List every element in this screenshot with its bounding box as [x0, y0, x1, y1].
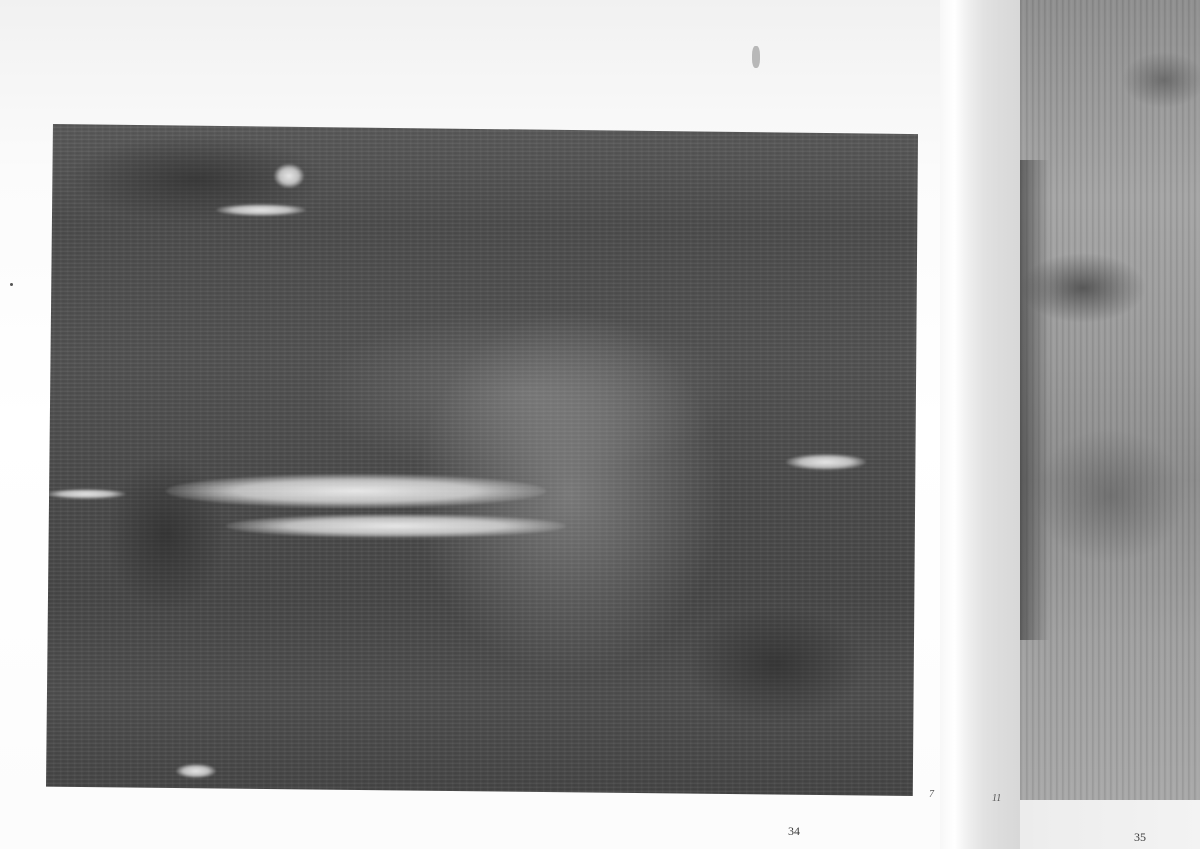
white-streak	[176, 764, 216, 778]
plate-number-right: 11	[992, 793, 1001, 804]
white-streak	[274, 164, 304, 188]
paper-smudge	[752, 46, 760, 68]
dark-edge	[1020, 160, 1050, 640]
paper-speck	[10, 283, 13, 286]
white-streak	[216, 204, 306, 216]
white-streak	[166, 474, 546, 508]
book-gutter	[940, 0, 1020, 849]
right-painting-plate	[1020, 0, 1200, 800]
white-streak	[226, 514, 566, 538]
white-streak	[786, 454, 866, 470]
plate-number-left: 7	[929, 789, 934, 800]
dark-patch	[106, 454, 226, 614]
book-spread: 7 11 34 35	[0, 0, 1200, 849]
dark-patch	[686, 604, 866, 724]
left-painting-plate	[46, 124, 918, 796]
page-number-right: 35	[1134, 830, 1146, 845]
white-streak	[46, 489, 126, 499]
page-number-left: 34	[788, 824, 800, 839]
